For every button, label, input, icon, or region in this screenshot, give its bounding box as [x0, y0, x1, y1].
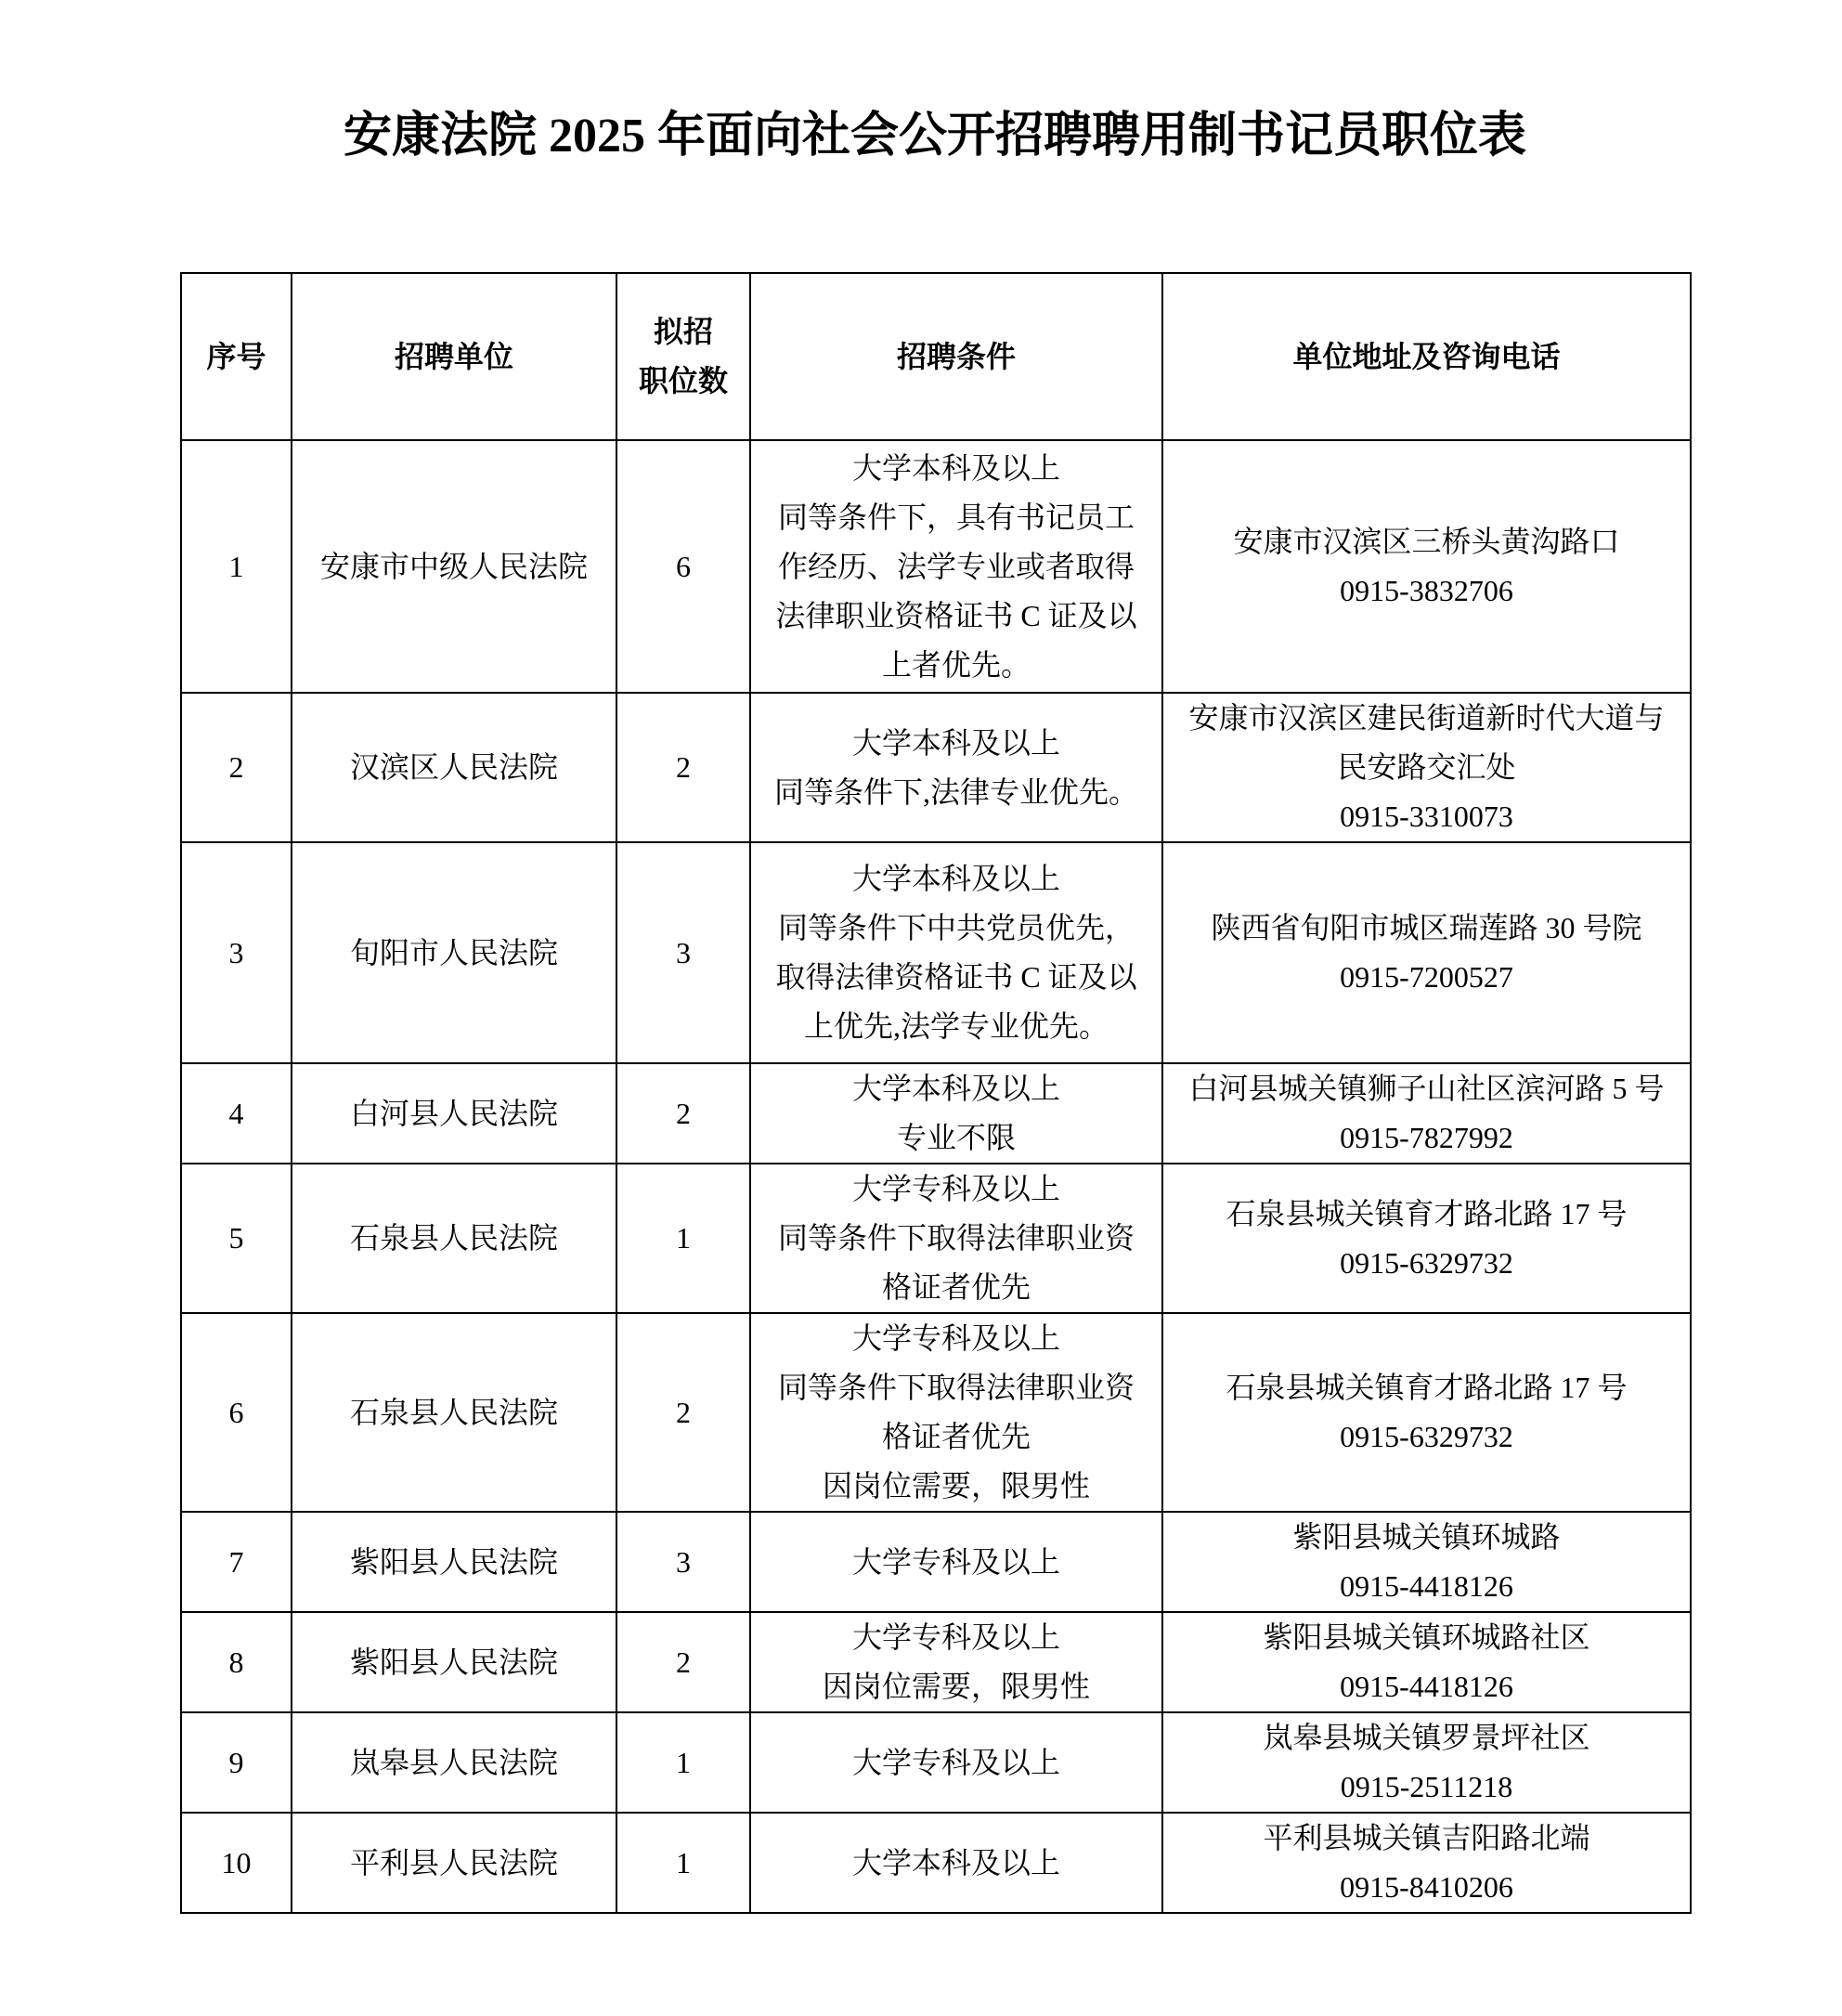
table-row: 10 平利县人民法院 1 大学本科及以上 平利县城关镇吉阳路北端 0915-84…: [181, 1813, 1691, 1913]
cell-count: 6: [616, 440, 750, 693]
cell-count: 3: [616, 1512, 750, 1612]
cell-seq: 9: [181, 1712, 292, 1813]
table-row: 8 紫阳县人民法院 2 大学专科及以上 因岗位需要，限男性 紫阳县城关镇环城路社…: [181, 1612, 1691, 1712]
cell-seq: 1: [181, 440, 292, 693]
table-row: 1 安康市中级人民法院 6 大学本科及以上 同等条件下，具有书记员工 作经历、法…: [181, 440, 1691, 693]
cell-address: 白河县城关镇狮子山社区滨河路 5 号 0915-7827992: [1162, 1063, 1691, 1164]
col-header-conditions: 招聘条件: [750, 273, 1162, 440]
cell-conditions: 大学专科及以上: [750, 1512, 1162, 1612]
cell-unit: 白河县人民法院: [292, 1063, 616, 1164]
col-header-address: 单位地址及咨询电话: [1162, 273, 1691, 440]
cell-conditions: 大学专科及以上 同等条件下取得法律职业资 格证者优先 因岗位需要，限男性: [750, 1313, 1162, 1512]
cell-unit: 平利县人民法院: [292, 1813, 616, 1913]
cell-seq: 2: [181, 693, 292, 842]
table-row: 7 紫阳县人民法院 3 大学专科及以上 紫阳县城关镇环城路 0915-44181…: [181, 1512, 1691, 1612]
table-row: 3 旬阳市人民法院 3 大学本科及以上 同等条件下中共党员优先， 取得法律资格证…: [181, 842, 1691, 1063]
cell-seq: 10: [181, 1813, 292, 1913]
cell-conditions: 大学本科及以上 同等条件下,法律专业优先。: [750, 693, 1162, 842]
cell-seq: 7: [181, 1512, 292, 1612]
cell-address: 安康市汉滨区三桥头黄沟路口 0915-3832706: [1162, 440, 1691, 693]
col-header-seq: 序号: [181, 273, 292, 440]
col-header-unit: 招聘单位: [292, 273, 616, 440]
cell-address: 紫阳县城关镇环城路 0915-4418126: [1162, 1512, 1691, 1612]
cell-unit: 汉滨区人民法院: [292, 693, 616, 842]
cell-unit: 石泉县人民法院: [292, 1313, 616, 1512]
cell-seq: 5: [181, 1164, 292, 1313]
page-title: 安康法院 2025 年面向社会公开招聘聘用制书记员职位表: [180, 104, 1690, 169]
table-header-row: 序号 招聘单位 拟招 职位数 招聘条件 单位地址及咨询电话: [181, 273, 1691, 440]
cell-count: 1: [616, 1164, 750, 1313]
cell-conditions: 大学本科及以上: [750, 1813, 1162, 1913]
cell-count: 2: [616, 693, 750, 842]
cell-unit: 紫阳县人民法院: [292, 1512, 616, 1612]
cell-address: 陕西省旬阳市城区瑞莲路 30 号院 0915-7200527: [1162, 842, 1691, 1063]
cell-count: 2: [616, 1063, 750, 1164]
cell-conditions: 大学专科及以上 同等条件下取得法律职业资 格证者优先: [750, 1164, 1162, 1313]
document-page: 安康法院 2025 年面向社会公开招聘聘用制书记员职位表 序号 招聘单位 拟招 …: [0, 0, 1842, 2016]
cell-seq: 4: [181, 1063, 292, 1164]
cell-seq: 3: [181, 842, 292, 1063]
cell-address: 石泉县城关镇育才路北路 17 号 0915-6329732: [1162, 1164, 1691, 1313]
cell-unit: 旬阳市人民法院: [292, 842, 616, 1063]
cell-count: 3: [616, 842, 750, 1063]
cell-conditions: 大学本科及以上 同等条件下中共党员优先， 取得法律资格证书 C 证及以 上优先,…: [750, 842, 1162, 1063]
table-row: 9 岚皋县人民法院 1 大学专科及以上 岚皋县城关镇罗景坪社区 0915-251…: [181, 1712, 1691, 1813]
cell-count: 1: [616, 1813, 750, 1913]
cell-address: 紫阳县城关镇环城路社区 0915-4418126: [1162, 1612, 1691, 1712]
table-row: 4 白河县人民法院 2 大学本科及以上 专业不限 白河县城关镇狮子山社区滨河路 …: [181, 1063, 1691, 1164]
cell-conditions: 大学本科及以上 专业不限: [750, 1063, 1162, 1164]
cell-conditions: 大学专科及以上 因岗位需要，限男性: [750, 1612, 1162, 1712]
table-row: 5 石泉县人民法院 1 大学专科及以上 同等条件下取得法律职业资 格证者优先 石…: [181, 1164, 1691, 1313]
cell-count: 1: [616, 1712, 750, 1813]
cell-count: 2: [616, 1313, 750, 1512]
cell-unit: 紫阳县人民法院: [292, 1612, 616, 1712]
positions-table: 序号 招聘单位 拟招 职位数 招聘条件 单位地址及咨询电话 1 安康市中级人民法…: [180, 272, 1692, 1914]
cell-unit: 安康市中级人民法院: [292, 440, 616, 693]
cell-unit: 岚皋县人民法院: [292, 1712, 616, 1813]
table-row: 6 石泉县人民法院 2 大学专科及以上 同等条件下取得法律职业资 格证者优先 因…: [181, 1313, 1691, 1512]
cell-seq: 8: [181, 1612, 292, 1712]
cell-address: 石泉县城关镇育才路北路 17 号 0915-6329732: [1162, 1313, 1691, 1512]
col-header-count: 拟招 职位数: [616, 273, 750, 440]
cell-unit: 石泉县人民法院: [292, 1164, 616, 1313]
cell-count: 2: [616, 1612, 750, 1712]
table-row: 2 汉滨区人民法院 2 大学本科及以上 同等条件下,法律专业优先。 安康市汉滨区…: [181, 693, 1691, 842]
cell-conditions: 大学专科及以上: [750, 1712, 1162, 1813]
cell-address: 岚皋县城关镇罗景坪社区 0915-2511218: [1162, 1712, 1691, 1813]
cell-seq: 6: [181, 1313, 292, 1512]
cell-conditions: 大学本科及以上 同等条件下，具有书记员工 作经历、法学专业或者取得 法律职业资格…: [750, 440, 1162, 693]
cell-address: 安康市汉滨区建民街道新时代大道与 民安路交汇处 0915-3310073: [1162, 693, 1691, 842]
cell-address: 平利县城关镇吉阳路北端 0915-8410206: [1162, 1813, 1691, 1913]
